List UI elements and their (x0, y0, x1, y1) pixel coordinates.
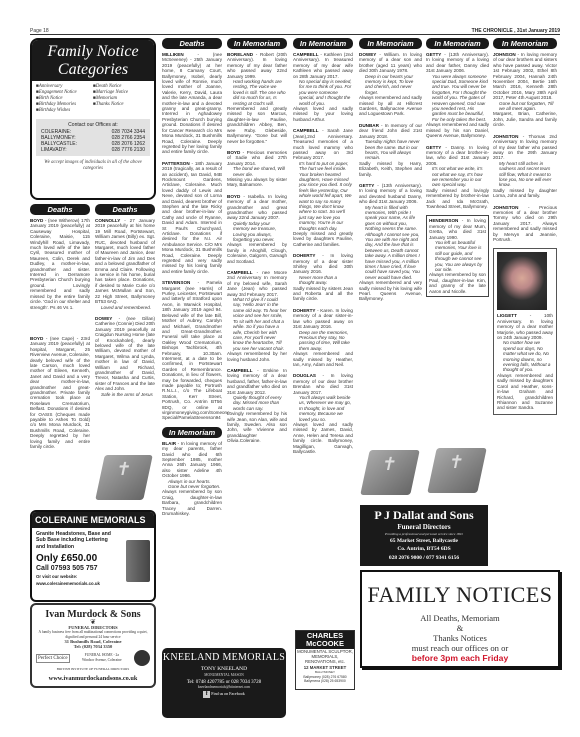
notice-entry: DOHERTY - Karen. In loving memory of a d… (293, 308, 353, 367)
deaths-column-1: Deaths BOYD - (nee Witherow) 17th Januar… (30, 204, 90, 455)
notice-name: HENDERSON (429, 218, 458, 223)
notice-name: GETTY (426, 145, 441, 150)
notice-name: BOYD (227, 150, 240, 155)
notice-verse: You'll always walk beside us, Wherever w… (293, 395, 353, 422)
notice-signoff: Remembered and greatly missed by son Mar… (227, 106, 287, 144)
notice-verse: Always in our hearts. Gone but never for… (162, 479, 222, 490)
notice-name: JOHNSON (493, 52, 516, 57)
notice-entry: HENDERSON - In loving memory of my dear … (426, 215, 489, 297)
notice-verse: The bond we shared, Will never die. (227, 166, 287, 177)
notice-verse: Deep in our hearts your memory is kept, … (359, 74, 422, 96)
notice-name: BOYD (30, 336, 43, 341)
pj-dallat-ad[interactable]: P J Dallat and Sons Funeral Directors Pr… (360, 505, 488, 566)
bible-icon (95, 455, 153, 500)
notice-entry: DOWEY - William. In loving memory of a d… (359, 52, 422, 117)
notice-entry: BOYD - Isabella. In loving memory of a d… (227, 194, 287, 264)
notice-verse: Safe in the arms of Jesus (95, 392, 155, 397)
deaths-banner: Deaths (30, 204, 90, 215)
notice-verse: You were always someone special Dad, Som… (426, 74, 489, 123)
notice-signoff: Lovingly remembered by his wife Jean, so… (227, 411, 287, 443)
notice-text: - Sarah Jane (Jean),2nd Anniversary. Tre… (293, 128, 353, 160)
facebook-link[interactable]: f Find us on Facebook (162, 691, 286, 698)
notice-signoff: Sadly missed and lovingly remembered by … (426, 188, 489, 210)
notice-name: CAMPBELL (227, 270, 253, 275)
ad-address: Co. Antrim, BT54 6DS (360, 546, 488, 552)
notice-signoff: Sadly missed by daughter Lorna, John and… (493, 188, 557, 199)
notice-name: BLAIR (162, 441, 176, 446)
notice-text: - In loving memory of our dear brothers … (493, 52, 557, 100)
kneeland-memorials-ad[interactable]: KNEELAND MEMORIALS TONY KNEELAND MONUMEN… (162, 648, 286, 718)
perfect-choice-logo: Perfect Choice (36, 654, 70, 663)
category-list: Anniversary Death Notice Engagement Noti… (32, 81, 154, 117)
ad-website-link[interactable]: www.ivanmurdockandsons.co.uk (32, 675, 154, 682)
notice-signoff: Always remembered by son Craig, daughter… (162, 489, 222, 516)
notice-entry: MILLIKEN - (nee McSeveney) - 25th Januar… (162, 52, 222, 155)
notice-name: PATTERSON (162, 161, 190, 166)
notice-verse: Loved and remembered. (95, 305, 155, 310)
box-line: must reach our offices on or (362, 643, 558, 653)
title-line-2: McCOOKE (297, 640, 353, 648)
facebook-icon: f (203, 691, 210, 698)
notice-text: - Precious memories of a dear brother To… (493, 205, 557, 242)
family-notices-deadline-box: FAMILY NOTICES All Deaths, Memoriam & Th… (360, 570, 560, 668)
ad-tagline: Providing a professional and personal se… (360, 532, 488, 536)
deadline-text: before 3pm each Friday (362, 653, 558, 663)
notice-signoff: Always remembered by son Paul, daughter-… (429, 272, 486, 294)
notice-entry: CAMPBELL - Erskine In loving memory of a… (227, 368, 287, 444)
notice-text: - (nee McSeveney) - 25th January 2019 (p… (162, 52, 222, 154)
notice-verse: It's not what we write, it's not what we… (426, 166, 489, 188)
notice-entry: BORELAND - Robert (20th Anniversary). In… (227, 52, 287, 144)
notice-entry: JOHNSTON - Precious memories of a dear b… (493, 205, 557, 243)
notice-signoff: Always remembered and sadly missed by al… (359, 95, 422, 117)
notice-name: MILLIKEN (162, 52, 184, 57)
ad-address: 65 Market Street, Ballycastle (360, 538, 488, 544)
deaths-banner: Deaths (95, 204, 155, 215)
funeral-home: FUNERAL HOME - 2a Windsor Avenue, Colera… (82, 653, 122, 663)
box-line: All Deaths, Memoriam (362, 613, 558, 623)
category-item: Birthday Wishes (36, 108, 93, 114)
notice-signoff: Always remembered and sadly missed by hi… (426, 122, 489, 138)
notice-entry: CAMPBELL - nee Moore 2nd Anniversary In … (227, 270, 287, 362)
in-memoriam-banner: In Memoriam (162, 427, 222, 438)
notice-verse: Quietly thought of every day. Missed mor… (227, 395, 287, 411)
bible-icon (427, 448, 487, 493)
notice-text: - (nee Cape) - 23rd January 2019 (peacef… (30, 336, 90, 449)
portrait-photo (497, 252, 547, 310)
ad-phone: 028 2076 9000 / 077 9341 6156 (360, 555, 488, 561)
notice-name: DOUGLAS (293, 373, 316, 378)
notice-signoff: Always remembered and sadly missed by He… (293, 351, 353, 367)
notice-entry: PATTERSON - 18th January 2019 (tragicall… (162, 161, 222, 275)
notice-text: - (nee Gillan) Catherine (Connie) Died 2… (95, 316, 155, 391)
notice-entry: JOHNSTON - Thomas 2nd Anniversary In lov… (493, 134, 557, 199)
in-memoriam-banner: In Memoriam (227, 38, 287, 49)
notice-signoff: Always remembered and sadly missed by da… (497, 373, 553, 411)
box-line: & (362, 623, 558, 633)
ad-subtitle: Funeral Directors (360, 523, 488, 531)
institute-emblem-icon (134, 650, 150, 666)
notice-name: CONNOLLY (95, 218, 120, 223)
notice-signoff: Always remembered and very sadly missed … (359, 280, 422, 302)
notice-entry: BOYD - (nee Cape) - 23rd January 2019 (p… (30, 336, 90, 450)
ad-owner: TONY KNEELAND (162, 666, 286, 672)
notice-verse: Quietly today your memory we treasure, L… (227, 221, 287, 243)
ad-details: Perfect Choice FUNERAL HOME - 2a Windsor… (32, 649, 154, 667)
notice-verse: No special day is needed, for me to thin… (293, 79, 353, 106)
notice-name: DUNBAR (359, 123, 379, 128)
notice-entry: DOHERTY - In loving memory of a dear sis… (293, 253, 353, 302)
notice-entry: CAMPBELL - Sarah Jane (Jean),2nd Anniver… (293, 128, 353, 247)
notice-signoff: Margaret, Brian, Catherine, John, Julie,… (493, 111, 557, 127)
notice-entry: BOYD - (nee Witherow) 17th January 2019 … (30, 218, 90, 310)
notice-verse: Deep are the memories, Precious they sta… (293, 330, 353, 352)
notice-name: LIGGETT (497, 313, 517, 318)
ad-title: COLERAINE MEMORIALS (32, 512, 154, 528)
family-notice-categories: Family Notice Categories Anniversary Dea… (30, 38, 156, 200)
notice-entry: LIGGETT - 10th Anniversary. In loving me… (493, 248, 557, 414)
notice-signoff: Deeply missed and greatly loved by daugh… (293, 231, 353, 247)
notice-entry: CONNOLLY - 27 January 2019 peacefully at… (95, 218, 155, 310)
memoriam-column-4: In Memoriam BORELAND - Robert (20th Anni… (227, 38, 287, 450)
notice-name: BOYD (227, 194, 240, 199)
notice-verse: You left us beautiful memories, Your lov… (429, 240, 486, 272)
notice-name: BORELAND (227, 52, 253, 57)
headstone-icon (126, 540, 150, 582)
notice-verse: Gone but not forgotten, Till we all meet… (493, 101, 557, 112)
title-line-1: Family Notice (32, 43, 154, 61)
institute-label: BRITISH INSTITUTE OF FUNERAL DIRECTORS (32, 667, 154, 672)
notice-text: - 18th January 2019 (tragically, as a re… (162, 161, 222, 274)
notice-verse: Tuesday nights have never been the same.… (359, 139, 422, 161)
notice-signoff: Always loved and sadly missed by your lo… (293, 106, 353, 122)
notice-verse: Hard working hands are resting, The voic… (227, 79, 287, 106)
ad-title: CHARLESMcCOOKE (296, 631, 354, 649)
header-rule (30, 34, 560, 35)
ivan-murdock-ad[interactable]: Ivan Murdock & Sons ❦ FUNERAL DIRECTORS … (30, 603, 156, 688)
ad-title: P J Dallat and Sons (360, 508, 488, 523)
notice-entry: DOWEY - (nee Gillan) Catherine (Connie) … (95, 316, 155, 397)
box-title: FAMILY NOTICES (362, 582, 558, 608)
notice-entry: GETTY - Danny. In loving memory of a dea… (426, 145, 489, 210)
charles-mccooke-ad[interactable]: CHARLESMcCOOKE MONUMENTAL SCULPTOR, MEMO… (295, 630, 355, 690)
in-memoriam-banner: In Memoriam (359, 38, 422, 49)
category-item: Thanks Notice (93, 102, 150, 108)
notice-verse: It's hard to put on paper, The hurt we f… (293, 161, 353, 231)
notice-text: - (nee Witherow) 17th January 2019 (peac… (30, 218, 90, 310)
notice-entry: JOHNSON - In loving memory of our dear b… (493, 52, 557, 128)
notice-verse: No matter how we spend our days, No matt… (497, 340, 553, 372)
notice-name: DOHERTY (293, 308, 315, 313)
deaths-column-2: Deaths CONNOLLY - 27 January 2019 peacef… (95, 204, 155, 403)
notice-signoff: Sadly missed by Harry, Elizabeth, Keith,… (359, 161, 422, 177)
office-contacts: Contact our Offices at: COLERAINE:028 70… (36, 119, 150, 156)
ad-title: KNEELAND MEMORIALS (162, 652, 286, 663)
notice-signoff: Always remembered by her loving husband … (227, 351, 287, 362)
categories-title: Family Notice Categories (32, 40, 154, 81)
contact-title: Contact our Offices at: (41, 122, 145, 128)
notice-name: STEVENSON (162, 280, 190, 285)
office-row: LIMAVADY:028 7776 2130 (41, 147, 145, 153)
facebook-label: Find us on Facebook (211, 691, 244, 696)
memoriam-column-8: In Memoriam JOHNSON - In loving memory o… (493, 38, 557, 421)
notice-name: JOHNSTON (493, 205, 518, 210)
bible-icon (360, 450, 420, 495)
notice-entry: BLAIR - In loving memory of my dear pare… (162, 441, 222, 517)
notice-name: CAMPBELL (293, 52, 319, 57)
ad-body: Granite Headstones, Base and Sub Base in… (32, 528, 122, 553)
ad-phone: Ballymena (028) 25 653900 (296, 679, 354, 683)
notice-name: CAMPBELL (293, 128, 319, 133)
notice-signoff: Missing you always by sister Mary, Balna… (227, 177, 287, 188)
notice-verse: What I'd give if I could say, 'Hello Jea… (227, 297, 287, 351)
office-name: LIMAVADY: (41, 147, 67, 153)
images-note: We accept images of individuals in all o… (32, 158, 154, 174)
notice-name: GETTY (359, 183, 374, 188)
notice-text: - 27 January 2019 peacefully at his home… (95, 218, 155, 304)
notice-entry: STEVENSON - Pamela Margaret (nee Harris)… (162, 280, 222, 421)
notice-name: BOYD (30, 218, 43, 223)
notice-signoff: Sadly missed by sisters Jean and Roberta… (293, 286, 353, 302)
coleraine-memorials-ad[interactable]: COLERAINE MEMORIALS Granite Headstones, … (30, 510, 156, 602)
notice-name: JOHNSTON (493, 134, 518, 139)
ad-email-link[interactable]: kneelandmemorials@btinternet.com (162, 685, 286, 689)
notice-verse: My heart still aches in sadness and secr… (493, 161, 557, 188)
ad-body: MONUMENTAL SCULPTOR, MEMORIALS, RENOVATI… (296, 649, 354, 665)
notice-name: DOWEY (359, 52, 376, 57)
in-memoriam-banner: In Memoriam (426, 38, 489, 49)
memoriam-column-7: In Memoriam GETTY - (13th Anniversary). … (426, 38, 489, 303)
in-memoriam-banner: In Memoriam (493, 38, 557, 49)
box-line: Thanks Notices (362, 633, 558, 643)
deaths-banner: Deaths (162, 38, 222, 49)
memoriam-column-6: In Memoriam DOWEY - William. In loving m… (359, 38, 422, 308)
office-phone: 028 7776 2130 (112, 147, 145, 153)
notice-name: DOHERTY (293, 253, 315, 258)
memoriam-column-5: In Memoriam CAMPBELL - Kathleen (2nd Ann… (293, 38, 353, 460)
notice-text: - Pamela Margaret (nee Harris) of Purley… (162, 280, 231, 420)
notice-text: - In loving memory of my dear parents, f… (162, 441, 222, 478)
notice-entry: CAMPBELL - Kathleen (2nd Anniversary). I… (293, 52, 353, 122)
notice-name: DOWEY (95, 316, 112, 321)
title-line-2: Categories (32, 61, 154, 79)
notice-entry: BOYD - Precious memories of Sadie who di… (227, 150, 287, 188)
notice-name: CAMPBELL (227, 368, 253, 373)
notice-name: GETTY (426, 52, 441, 57)
ad-role: MONUMENTAL MASON (162, 673, 286, 677)
notice-verse: My heart is filled with memories, With p… (359, 205, 422, 281)
notice-verse: Never more than a thought away. (293, 275, 353, 286)
ad-blurb: A family business free from all multinat… (32, 630, 154, 638)
notice-signoff: Always remembered by family in Ahoghill,… (227, 242, 287, 264)
notice-entry: GETTY - (13th Anniversary). In loving me… (359, 183, 422, 302)
notice-entry: DUNBAR - In memory of our dear friend Jo… (359, 123, 422, 177)
notice-entry: DOUGLAS - In loving memory of our dear b… (293, 373, 353, 454)
notice-entry: GETTY - (13th Anniversary). In loving me… (426, 52, 489, 139)
deaths-column-3: Deaths MILLIKEN - (nee McSeveney) - 25th… (162, 38, 222, 523)
notice-signoff: Always loved and sadly missed by James, … (293, 422, 353, 454)
in-memoriam-banner: In Memoriam (293, 38, 353, 49)
